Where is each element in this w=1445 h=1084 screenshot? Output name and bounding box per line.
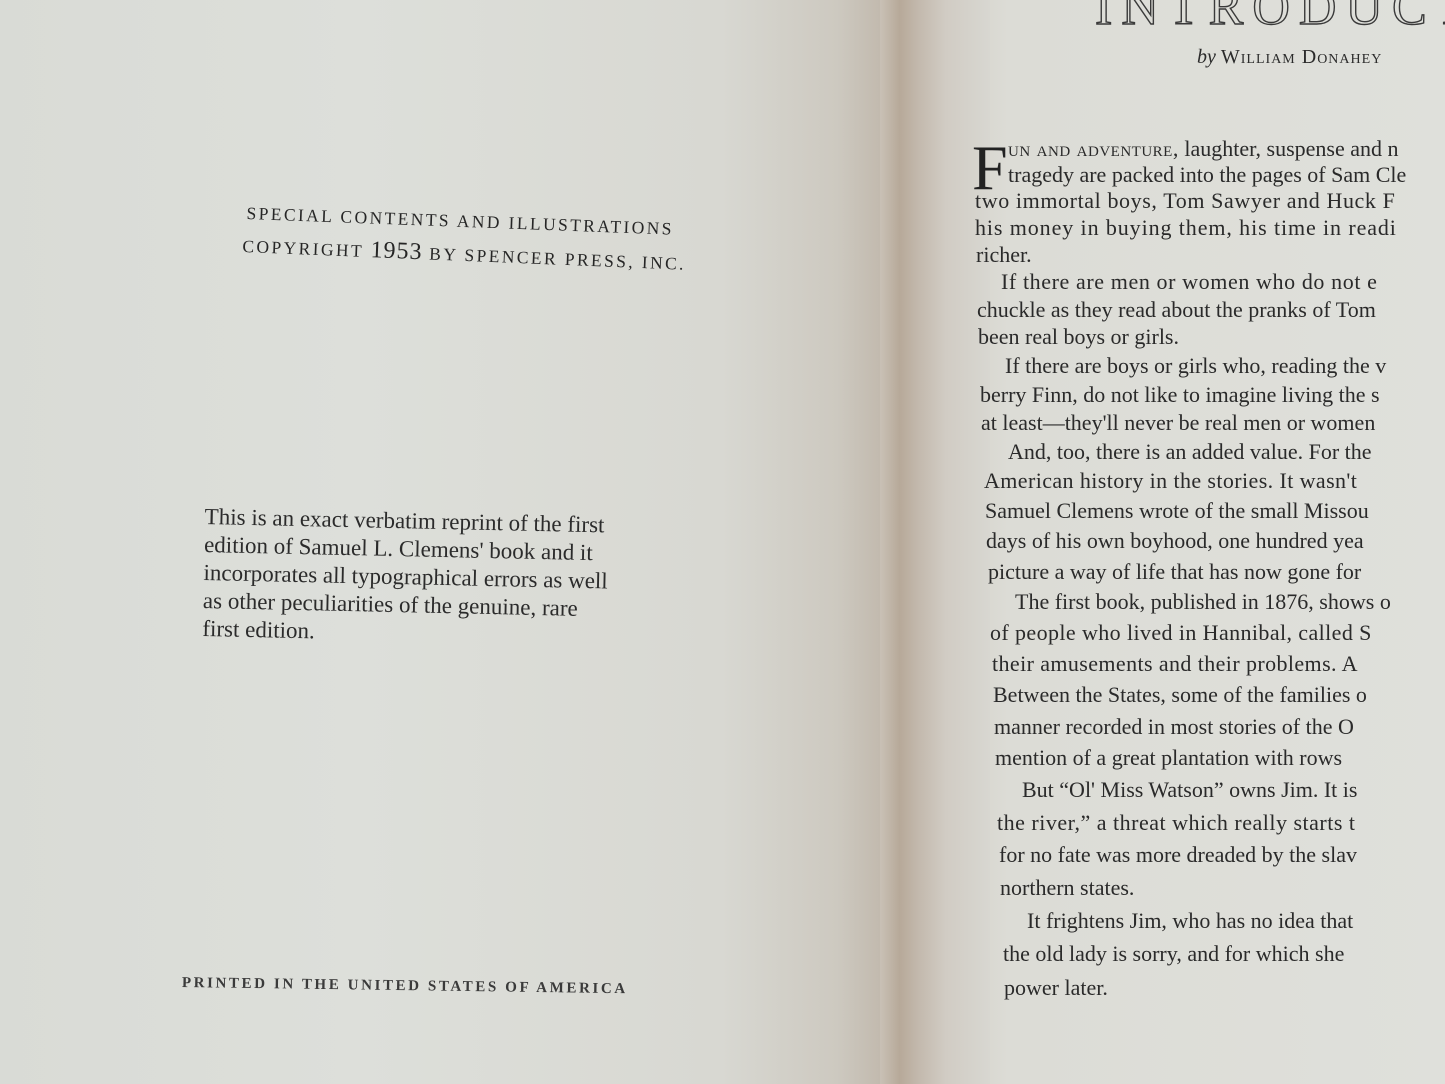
- intro-line: If there are men or women who do not e: [1001, 269, 1378, 295]
- intro-line: power later.: [1004, 975, 1108, 1001]
- intro-line: northern states.: [1000, 875, 1134, 901]
- introduction-title: INTRODUCTI: [1095, 0, 1445, 37]
- intro-line: But “Ol' Miss Watson” owns Jim. It is: [1022, 777, 1357, 803]
- intro-line: the old lady is sorry, and for which she: [1003, 941, 1344, 967]
- byline-author: William Donahey: [1221, 46, 1382, 68]
- copyright-word: Copyright: [242, 236, 364, 261]
- intro-line: If there are boys or girls who, reading …: [1005, 353, 1386, 379]
- intro-line: his money in buying them, his time in re…: [975, 215, 1397, 241]
- intro-smallcaps-opening: un and adventure,: [1008, 136, 1179, 161]
- reprint-notice: This is an exact verbatim reprint of the…: [202, 503, 693, 653]
- byline: by William Donahey: [1197, 46, 1382, 69]
- intro-line: their amusements and their problems. A: [992, 651, 1358, 677]
- intro-line: days of his own boyhood, one hundred yea: [986, 528, 1364, 554]
- intro-line: chuckle as they read about the pranks of…: [977, 297, 1376, 323]
- intro-line: manner recorded in most stories of the O: [994, 714, 1354, 740]
- intro-line: And, too, there is an added value. For t…: [1008, 439, 1372, 465]
- intro-line: picture a way of life that has now gone …: [988, 559, 1361, 585]
- intro-line: berry Finn, do not like to imagine livin…: [980, 382, 1380, 408]
- intro-line: Samuel Clemens wrote of the small Missou: [985, 498, 1369, 524]
- intro-line: at least—they'll never be real men or wo…: [981, 410, 1375, 436]
- intro-line: The first book, published in 1876, shows…: [1015, 589, 1391, 615]
- intro-line: It frightens Jim, who has no idea that: [1027, 908, 1353, 934]
- intro-line: mention of a great plantation with rows: [995, 745, 1342, 771]
- intro-line: richer.: [976, 242, 1032, 268]
- intro-line: tragedy are packed into the pages of Sam…: [1008, 162, 1406, 188]
- intro-line: Between the States, some of the families…: [993, 682, 1367, 708]
- intro-line: un and adventure, laughter, suspense and…: [1008, 136, 1399, 162]
- intro-line: of people who lived in Hannibal, called …: [990, 620, 1372, 646]
- intro-line: been real boys or girls.: [978, 324, 1179, 350]
- copyright-year: 1953: [370, 237, 423, 265]
- intro-line: two immortal boys, Tom Sawyer and Huck F: [975, 188, 1395, 214]
- intro-line: for no fate was more dreaded by the slav: [999, 842, 1357, 868]
- byline-prefix: by: [1197, 46, 1216, 68]
- intro-line: American history in the stories. It wasn…: [984, 468, 1357, 494]
- intro-line: the river,” a threat which really starts…: [997, 810, 1356, 836]
